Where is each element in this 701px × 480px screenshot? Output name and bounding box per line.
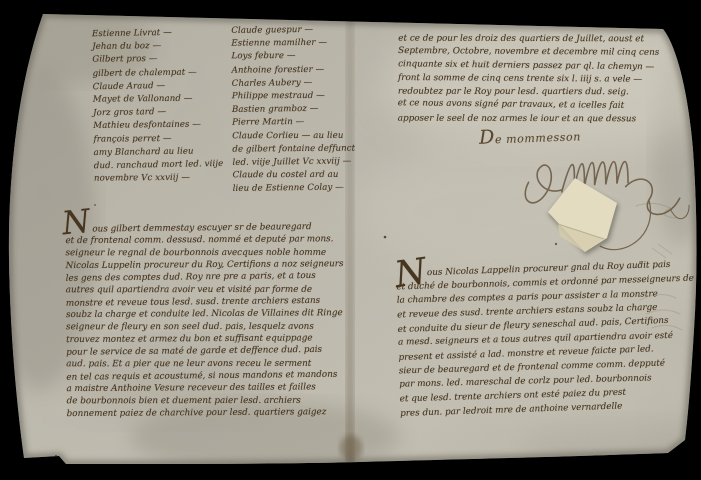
stain [525, 416, 701, 468]
manuscript-line: Estienne Livrat — [92, 26, 232, 42]
manuscript-line: Anthoine forestier — [232, 63, 374, 77]
signature-stroke [562, 155, 630, 198]
sheen [355, 148, 605, 272]
manuscript-line: Mathieu desfontaines — [93, 118, 233, 133]
manuscript-line: seigneur de fleury en son seel dud. pais… [66, 320, 374, 333]
manuscript-line: Gilbert pros — [92, 53, 232, 67]
manuscript-line: Loys febure — [232, 50, 374, 64]
manuscript-photo: Estienne Livrat —Jehan du boz —Gilbert p… [0, 0, 701, 480]
signature-flourish [520, 152, 693, 258]
ink-speck [384, 236, 387, 239]
signature-stroke [600, 196, 652, 253]
receipt-paragraph-right: et ce de pour les droiz des quartiers de… [398, 32, 691, 127]
seal-patch-fold [558, 224, 604, 252]
seal-patch-crease [558, 224, 604, 239]
manuscript-line: bonnement paiez de charchive pour lesd. … [67, 406, 375, 420]
seal-patch-paper [548, 178, 617, 252]
subscription-flourish: De mommesson [479, 123, 582, 149]
manuscript-line: Charles Aubery — [232, 76, 374, 91]
ghost-stroke [636, 203, 676, 218]
ink-speck [94, 204, 96, 206]
certification-paragraph-left: ous gilbert demmestay escuyer sr de beau… [65, 221, 374, 421]
manuscript-line: Claude guespur — [231, 23, 373, 38]
edge-notch [48, 455, 66, 464]
manuscript-line: Bastien gramboz — [232, 102, 374, 117]
manuscript-line: Claude Corlieu — au lieu [232, 129, 374, 143]
signature-stroke [670, 203, 690, 219]
ghost-stroke [652, 244, 672, 258]
manuscript-line: lieu de Estienne Colay — [233, 182, 375, 197]
seal-patch [548, 178, 619, 255]
manuscript-line: seigneur le regnal de bourbonnois avecqu… [66, 246, 374, 259]
certification-paragraph-right: ous Nicolas Lappelin procureur gnal du R… [396, 258, 696, 421]
manuscript-line: de bourbonnois bien et duement paier les… [67, 395, 375, 408]
manuscript-line: Pierre Martin — [232, 116, 374, 130]
muster-roll-column-1: Estienne Livrat —Jehan du boz —Gilbert p… [92, 26, 234, 186]
signature-stroke [524, 163, 564, 205]
manuscript-line: novembre Vc xxviij — [94, 172, 234, 186]
signature-stroke [623, 178, 681, 217]
manuscript-line: et ce de pour les droiz des quartiers de… [398, 33, 690, 47]
seal-patch-shadow [548, 181, 619, 255]
seal-patch-speck [555, 243, 557, 245]
fold-stain [340, 435, 362, 461]
muster-roll-column-2: Claude guespur —Estienne mamilher —Loys … [231, 23, 374, 196]
manuscript-line: françois perret — [93, 132, 233, 146]
